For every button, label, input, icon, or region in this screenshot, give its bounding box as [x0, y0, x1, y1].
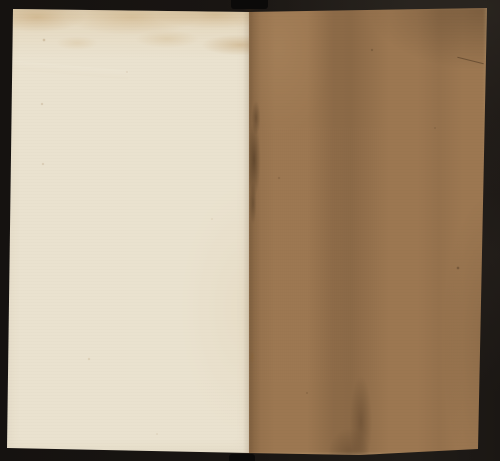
scan-background	[0, 0, 500, 461]
cradle-clip-bottom	[229, 454, 255, 461]
paper-grain-texture	[7, 9, 249, 453]
cradle-clip-top	[231, 0, 268, 9]
left-page	[7, 9, 249, 453]
right-page	[249, 8, 487, 455]
crease-mark	[457, 57, 483, 65]
paper-grain-texture	[249, 8, 487, 455]
